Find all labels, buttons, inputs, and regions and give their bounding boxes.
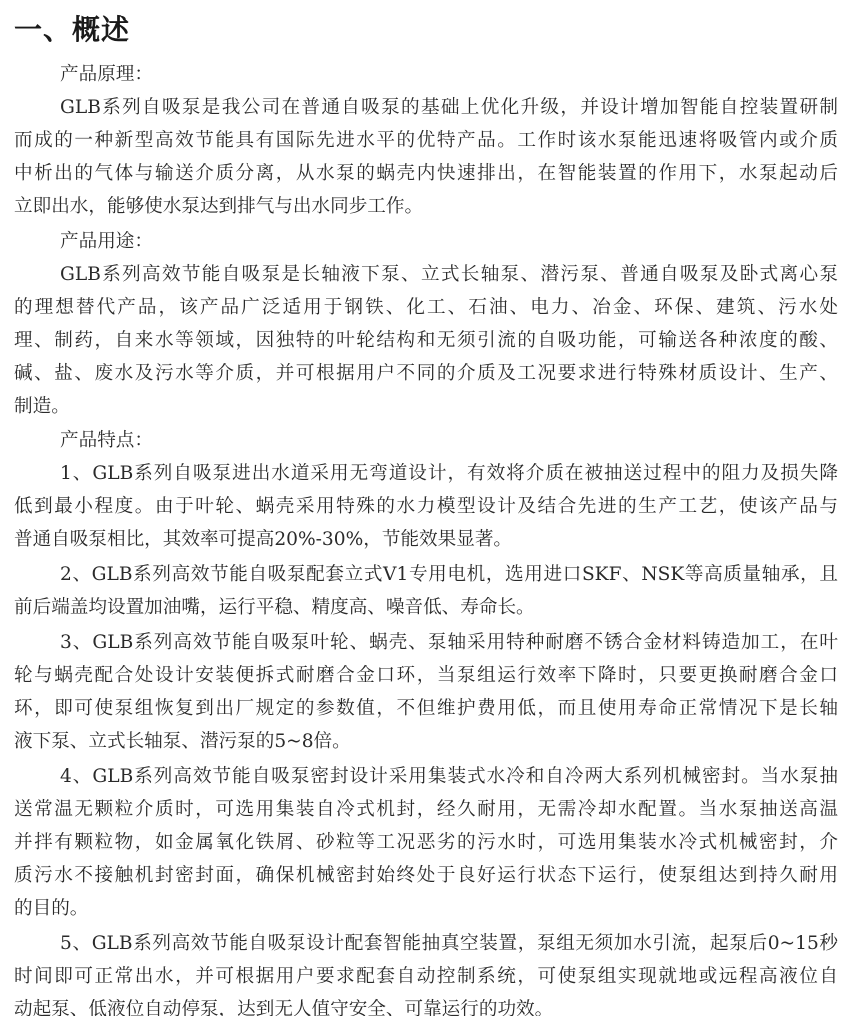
feature-1-line: 1、GLB系列自吸泵进出水道采用无弯道设计，有效将介质在被抽送过程中的阻力及损失…	[60, 461, 838, 487]
principle-line: 中析出的气体与输送介质分离，从水泵的蜗壳内快速排出，在智能装置的作用下，水泵起动…	[14, 161, 838, 187]
feature-2-line: 2、GLB系列高效节能自吸泵配套立式V1专用电机，选用进口SKF、NSK等高质量…	[60, 562, 838, 588]
usage-line: GLB系列高效节能自吸泵是长轴液下泵、立式长轴泵、潜污泵、普通自吸泵及卧式离心泵	[60, 262, 838, 288]
section-title: 一、概述	[14, 8, 130, 48]
subheading-usage: 产品用途：	[60, 229, 153, 255]
document-page: 一、概述 产品原理： GLB系列自吸泵是我公司在普通自吸泵的基础上优化升级，并设…	[0, 0, 850, 1016]
feature-5-line: 5、GLB系列高效节能自吸泵设计配套智能抽真空装置，泵组无须加水引流，起泵后0~…	[60, 931, 838, 957]
feature-3-line: 3、GLB系列高效节能自吸泵叶轮、蜗壳、泵轴采用特种耐磨不锈合金材料铸造加工，在…	[60, 630, 838, 656]
usage-line: 制造。	[14, 394, 838, 420]
feature-5-line: 动起泵、低液位自动停泵，达到无人值守安全、可靠运行的功效。	[14, 997, 838, 1016]
usage-line: 的理想替代产品，该产品广泛适用于钢铁、化工、石油、电力、冶金、环保、建筑、污水处	[14, 295, 838, 321]
feature-4-line: 4、GLB系列高效节能自吸泵密封设计采用集装式水冷和自冷两大系列机械密封。当水泵…	[60, 764, 838, 790]
principle-line: 而成的一种新型高效节能具有国际先进水平的优特产品。工作时该水泵能迅速将吸管内或介…	[14, 128, 838, 154]
usage-line: 理、制药，自来水等领域，因独特的叶轮结构和无须引流的自吸功能，可输送各种浓度的酸…	[14, 328, 838, 354]
feature-3-line: 轮与蜗壳配合处设计安装便拆式耐磨合金口环，当泵组运行效率下降时，只要更换耐磨合金…	[14, 663, 838, 689]
feature-4-line: 并拌有颗粒物，如金属氧化铁屑、砂粒等工况恶劣的污水时，可选用集装水冷式机械密封，…	[14, 830, 838, 856]
feature-5-line: 时间即可正常出水，并可根据用户要求配套自动控制系统，可使泵组实现就地或远程高液位…	[14, 964, 838, 990]
feature-4-line: 质污水不接触机封密封面，确保机械密封始终处于良好运行状态下运行，使泵组达到持久耐…	[14, 863, 838, 889]
usage-line: 碱、盐、废水及污水等介质，并可根据用户不同的介质及工况要求进行特殊材质设计、生产…	[14, 361, 838, 387]
feature-1-line: 低到最小程度。由于叶轮、蜗壳采用特殊的水力模型设计及结合先进的生产工艺，使该产品…	[14, 494, 838, 520]
feature-3-line: 环，即可使泵组恢复到出厂规定的参数值，不但维护费用低，而且使用寿命正常情况下是长…	[14, 696, 838, 722]
principle-line: 立即出水，能够使水泵达到排气与出水同步工作。	[14, 194, 838, 220]
feature-1-line: 普通自吸泵相比，其效率可提高20%-30%，节能效果显著。	[14, 527, 838, 553]
subheading-features: 产品特点：	[60, 428, 153, 454]
feature-3-line: 液下泵、立式长轴泵、潜污泵的5~8倍。	[14, 729, 838, 755]
subheading-principle: 产品原理：	[60, 62, 153, 88]
feature-4-line: 送常温无颗粒介质时，可选用集装自冷式机封，经久耐用，无需冷却水配置。当水泵抽送高…	[14, 797, 838, 823]
principle-line: GLB系列自吸泵是我公司在普通自吸泵的基础上优化升级，并设计增加智能自控装置研制	[60, 95, 838, 121]
feature-4-line: 的目的。	[14, 896, 838, 922]
feature-2-line: 前后端盖均设置加油嘴，运行平稳、精度高、噪音低、寿命长。	[14, 595, 838, 621]
